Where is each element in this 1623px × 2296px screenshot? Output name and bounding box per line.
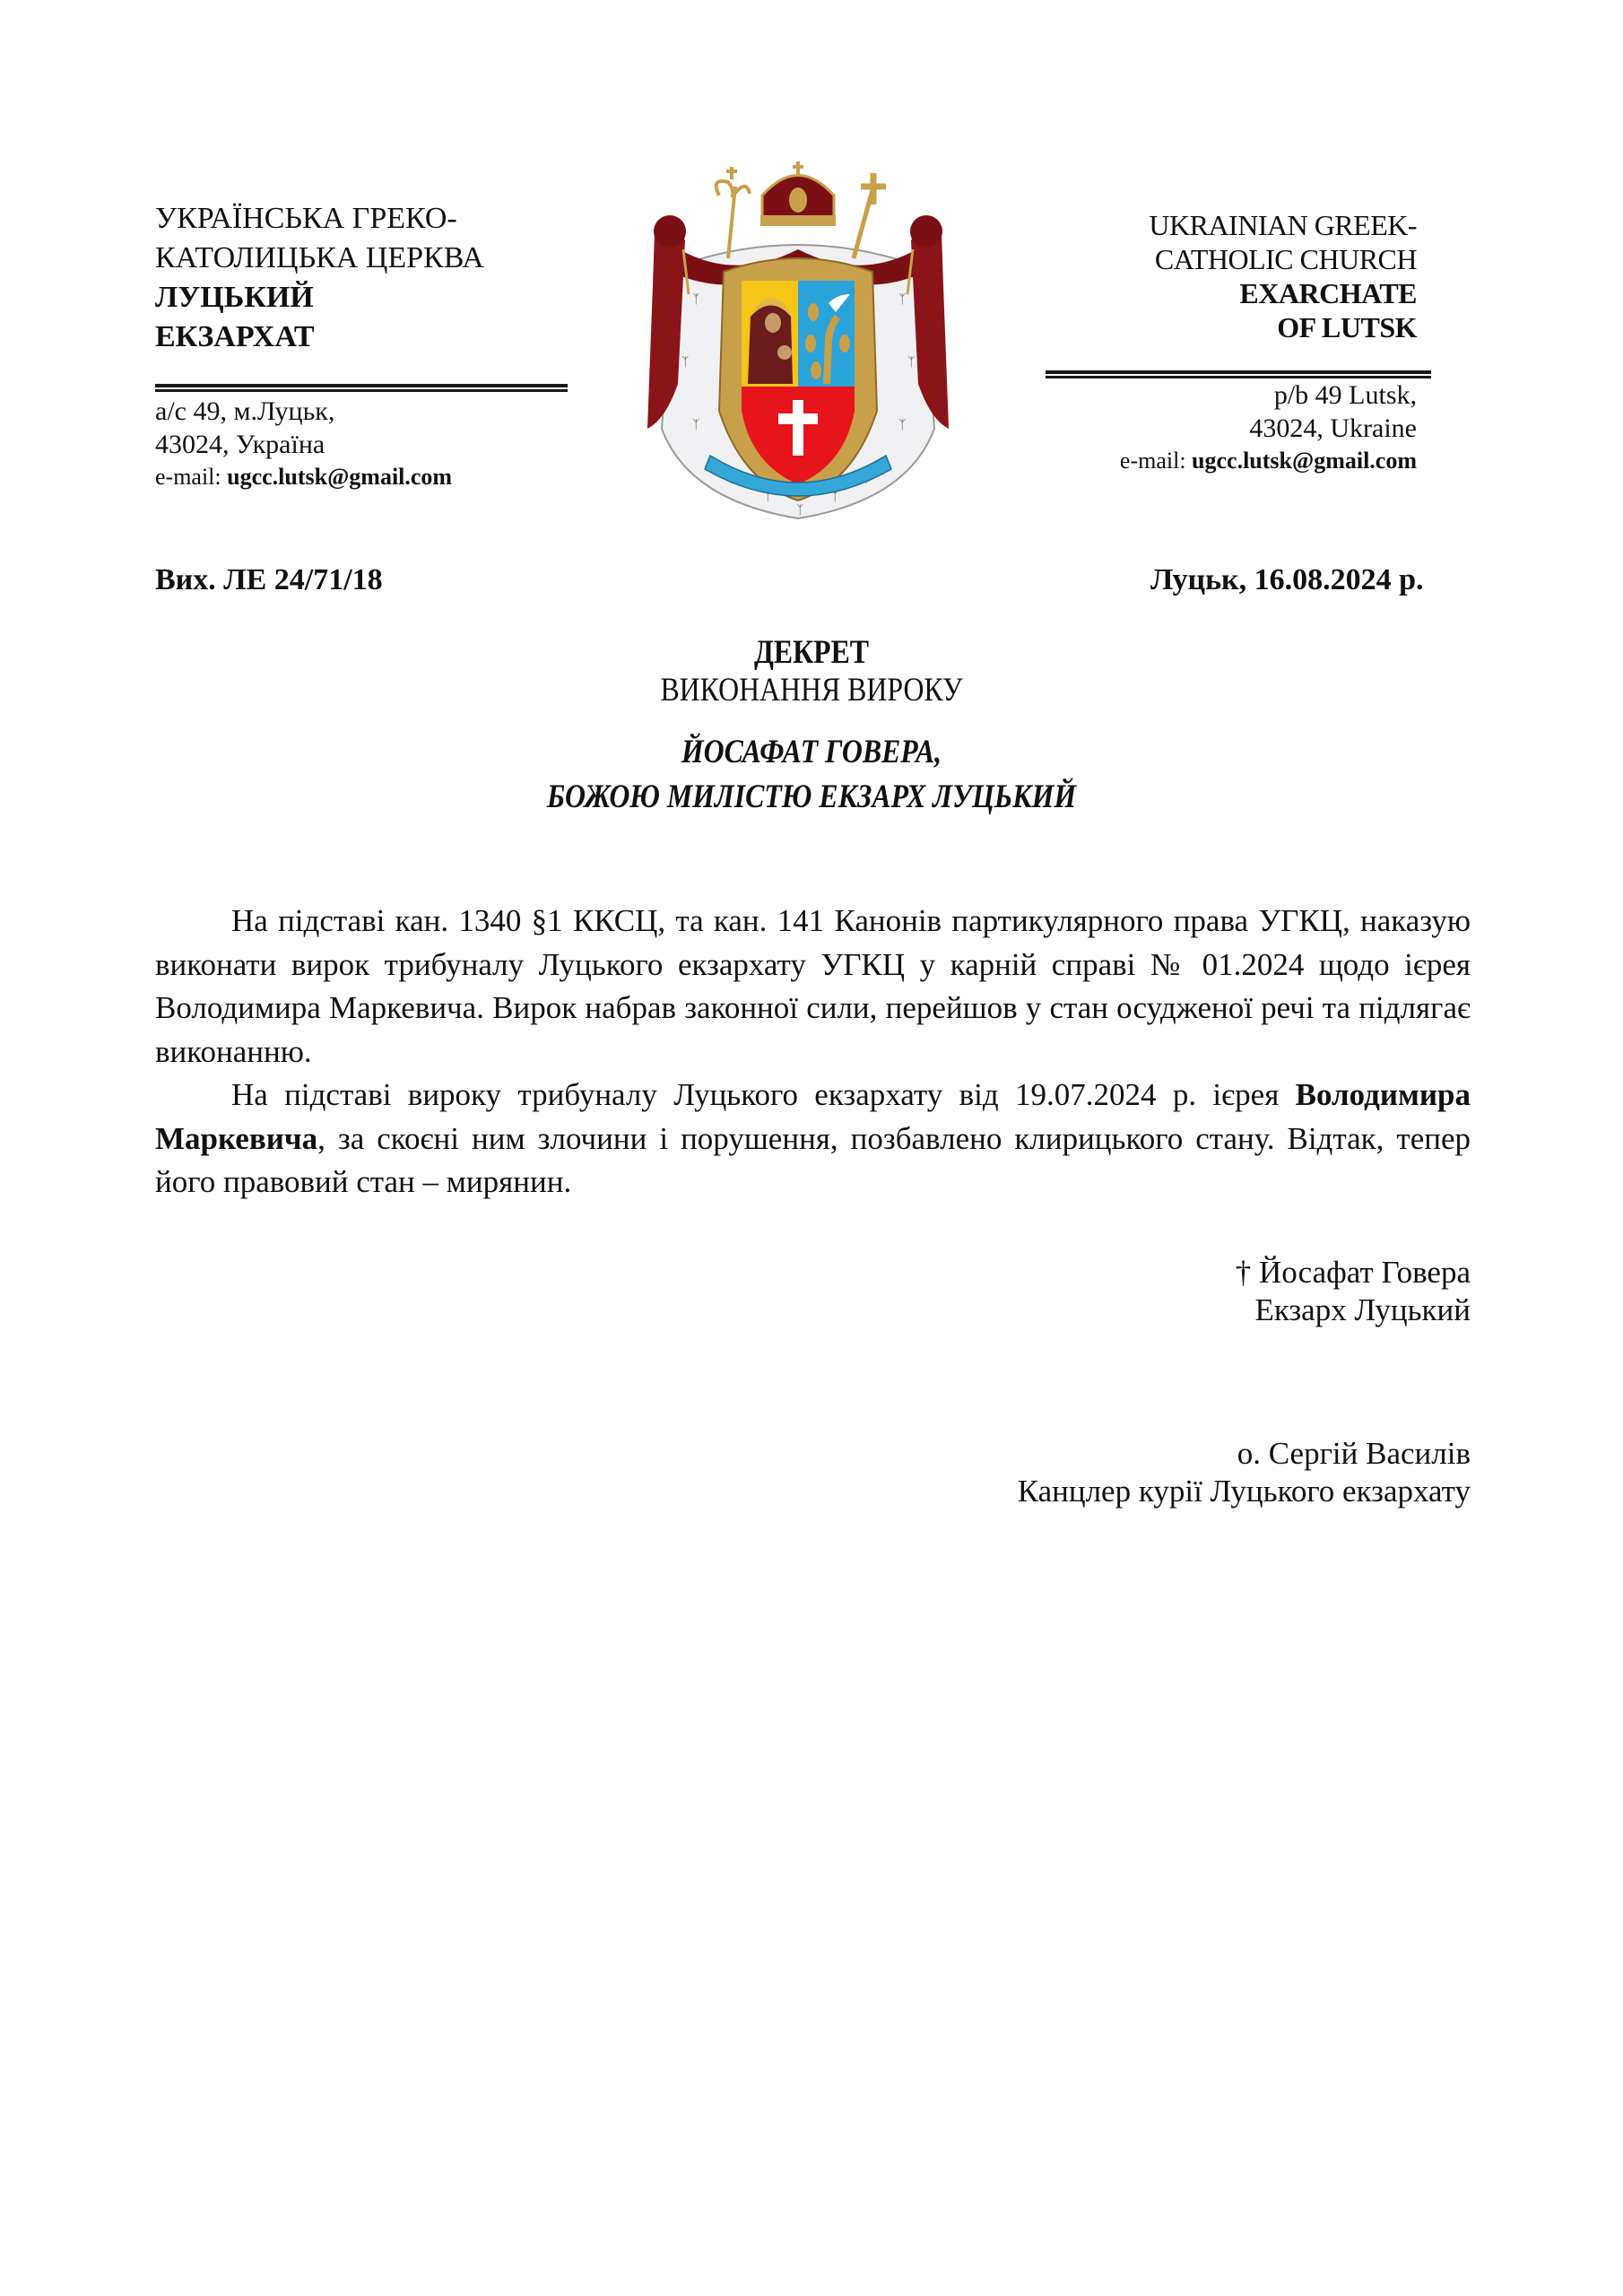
header-divider-left bbox=[155, 384, 568, 392]
coat-of-arms-emblem: ᛉᛉ ᛉᛉ ᛉᛉ ᛉᛉ ᛉᛉᛉ bbox=[638, 160, 958, 527]
paragraph-1: На підставі кан. 1340 §1 ККСЦ, та кан. 1… bbox=[155, 900, 1471, 1074]
exarchate-name-en-line-2: OF LUTSK bbox=[986, 310, 1417, 344]
paragraph-2: На підставі вироку трибуналу Луцького ек… bbox=[155, 1074, 1471, 1205]
signature-exarch: † Йосафат Говера Екзарх Луцький bbox=[1236, 1254, 1471, 1329]
document-body: На підставі кан. 1340 §1 ККСЦ, та кан. 1… bbox=[155, 900, 1471, 1205]
header-divider-right bbox=[1046, 370, 1431, 378]
address-en-line-1: p/b 49 Lutsk, bbox=[942, 378, 1417, 412]
address-line-1: а/с 49, м.Луцьк, bbox=[155, 395, 586, 428]
email-label-en: e-mail: bbox=[1120, 448, 1186, 474]
org-name-line-1: УКРАЇНСЬКА ГРЕКО- bbox=[155, 199, 568, 239]
address-left: а/с 49, м.Луцьк, 43024, Україна e-mail: … bbox=[155, 395, 586, 493]
letterhead-right: UKRAINIAN GREEK- CATHOLIC CHURCH EXARCHA… bbox=[986, 208, 1417, 344]
svg-text:ᛉ: ᛉ bbox=[898, 418, 906, 432]
place-and-date: Луцьк, 16.08.2024 р. bbox=[1150, 563, 1424, 597]
signature-exarch-name: † Йосафат Говера bbox=[1236, 1254, 1471, 1291]
svg-text:ᛉ: ᛉ bbox=[692, 418, 699, 432]
paragraph-2-after: , за скоєні ним злочини і порушення, поз… bbox=[155, 1121, 1471, 1200]
signature-chancellor: о. Сергій Василів Канцлер курії Луцького… bbox=[1018, 1435, 1471, 1510]
outgoing-reference-number: Вих. ЛЕ 24/71/18 bbox=[155, 563, 383, 597]
document-title: ДЕКРЕТ bbox=[114, 633, 1510, 672]
org-name-en-line-1: UKRAINIAN GREEK- bbox=[986, 208, 1417, 242]
document-subtitle: ВИКОНАННЯ ВИРОКУ bbox=[114, 671, 1510, 709]
email-line: e-mail: ugcc.lutsk@gmail.com bbox=[155, 461, 586, 493]
issuer-title: БОЖОЮ МИЛІСТЮ ЕКЗАРХ ЛУЦЬКИЙ bbox=[114, 778, 1510, 816]
address-line-2: 43024, Україна bbox=[155, 428, 586, 461]
address-en-line-2: 43024, Ukraine bbox=[942, 412, 1417, 445]
coat-of-arms-icon: ᛉᛉ ᛉᛉ ᛉᛉ ᛉᛉ ᛉᛉᛉ bbox=[638, 160, 958, 527]
email-link-en[interactable]: ugcc.lutsk@gmail.com bbox=[1192, 448, 1417, 474]
svg-text:ᛉ: ᛉ bbox=[898, 292, 906, 307]
signature-chancellor-name: о. Сергій Василів bbox=[1018, 1435, 1471, 1473]
svg-text:ᛉ: ᛉ bbox=[681, 355, 689, 370]
issuer-name: ЙОСАФАТ ГОВЕРА, bbox=[114, 733, 1510, 771]
svg-text:ᛉ: ᛉ bbox=[907, 355, 915, 370]
svg-text:ᛉ: ᛉ bbox=[796, 503, 803, 517]
letterhead-left: УКРАЇНСЬКА ГРЕКО- КАТОЛИЦЬКА ЦЕРКВА ЛУЦЬ… bbox=[155, 199, 568, 357]
exarchate-name-line-1: ЛУЦЬКИЙ bbox=[155, 278, 568, 317]
svg-text:ᛉ: ᛉ bbox=[692, 292, 699, 307]
signature-chancellor-title: Канцлер курії Луцького екзархату bbox=[1018, 1473, 1471, 1510]
paragraph-2-before: На підставі вироку трибуналу Луцького ек… bbox=[231, 1077, 1296, 1112]
email-link[interactable]: ugcc.lutsk@gmail.com bbox=[227, 464, 452, 490]
signature-exarch-title: Екзарх Луцький bbox=[1236, 1291, 1471, 1329]
email-label: e-mail: bbox=[155, 464, 221, 490]
org-name-line-2: КАТОЛИЦЬКА ЦЕРКВА bbox=[155, 239, 568, 278]
org-name-en-line-2: CATHOLIC CHURCH bbox=[986, 242, 1417, 276]
exarchate-name-line-2: ЕКЗАРХАТ bbox=[155, 317, 568, 357]
address-right: p/b 49 Lutsk, 43024, Ukraine e-mail: ugc… bbox=[942, 378, 1417, 477]
email-line-en: e-mail: ugcc.lutsk@gmail.com bbox=[942, 445, 1417, 477]
exarchate-name-en-line-1: EXARCHATE bbox=[986, 276, 1417, 310]
